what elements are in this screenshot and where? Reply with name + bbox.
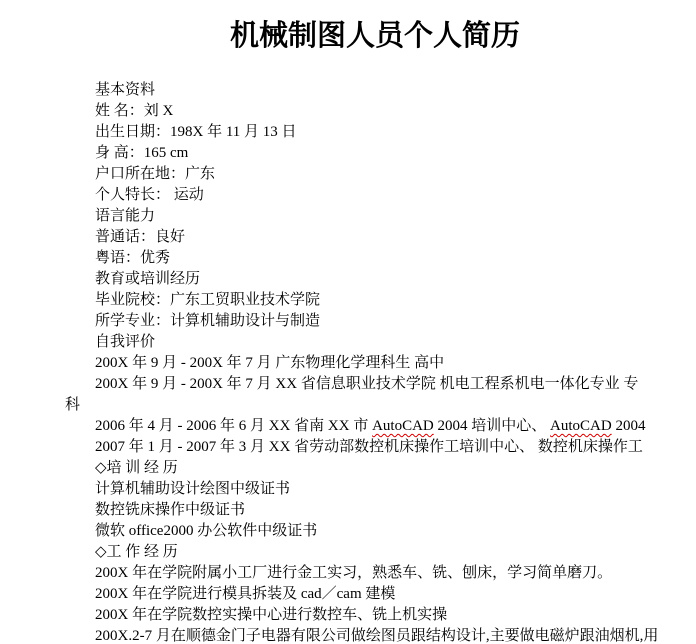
document-line: 200X 年在学院附属小工厂进行金工实习，熟悉车、铣、刨床，学习简单磨刀。 — [65, 563, 690, 584]
document-body: 基本资料姓 名：刘 X出生日期：198X 年 11 月 13 日身 高：165 … — [65, 80, 690, 644]
document-line: 粤语：优秀 — [65, 248, 690, 269]
document-line: 教育或培训经历 — [65, 269, 690, 290]
document-line: 200X 年在学院数控实操中心进行数控车、铣上机实操 — [65, 605, 690, 626]
document-title: 机械制图人员个人简历 — [65, 13, 685, 54]
document-line: ◇工 作 经 历 — [65, 542, 690, 563]
document-line: 自我评价 — [65, 332, 690, 353]
spellcheck-underline: AutoCAD — [550, 418, 612, 434]
document-line: 数控铣床操作中级证书 — [65, 500, 690, 521]
document-line: 2006 年 4 月 - 2006 年 6 月 XX 省南 XX 市 AutoC… — [65, 416, 690, 437]
document-line: 计算机辅助设计绘图中级证书 — [65, 479, 690, 500]
document-line: 语言能力 — [65, 206, 690, 227]
document-line: 200X 年 9 月 - 200X 年 7 月 XX 省信息职业技术学院 机电工… — [65, 374, 690, 395]
document-line: 个人特长： 运动 — [65, 185, 690, 206]
document-line: 所学专业：计算机辅助设计与制造 — [65, 311, 690, 332]
document-line: 基本资料 — [65, 80, 690, 101]
document-line: 毕业院校：广东工贸职业技术学院 — [65, 290, 690, 311]
document-line: 200X 年在学院进行模具拆装及 cad／cam 建模 — [65, 584, 690, 605]
document-line: 微软 office2000 办公软件中级证书 — [65, 521, 690, 542]
document-page: 机械制图人员个人简历 基本资料姓 名：刘 X出生日期：198X 年 11 月 1… — [0, 0, 696, 644]
document-line: 200X.2-7 月在顺德金门子电器有限公司做绘图员跟结构设计,主要做电磁炉跟油… — [65, 626, 690, 644]
document-line: 出生日期：198X 年 11 月 13 日 — [65, 122, 690, 143]
document-line: 科 — [65, 395, 690, 416]
document-line: 普通话：良好 — [65, 227, 690, 248]
document-line: 200X 年 9 月 - 200X 年 7 月 广东物理化学理科生 高中 — [65, 353, 690, 374]
document-line: ◇培 训 经 历 — [65, 458, 690, 479]
document-line: 姓 名：刘 X — [65, 101, 690, 122]
document-line: 户口所在地：广东 — [65, 164, 690, 185]
spellcheck-underline: AutoCAD — [372, 418, 434, 434]
document-line: 身 高：165 cm — [65, 143, 690, 164]
document-line: 2007 年 1 月 - 2007 年 3 月 XX 省劳动部数控机床操作工培训… — [65, 437, 690, 458]
